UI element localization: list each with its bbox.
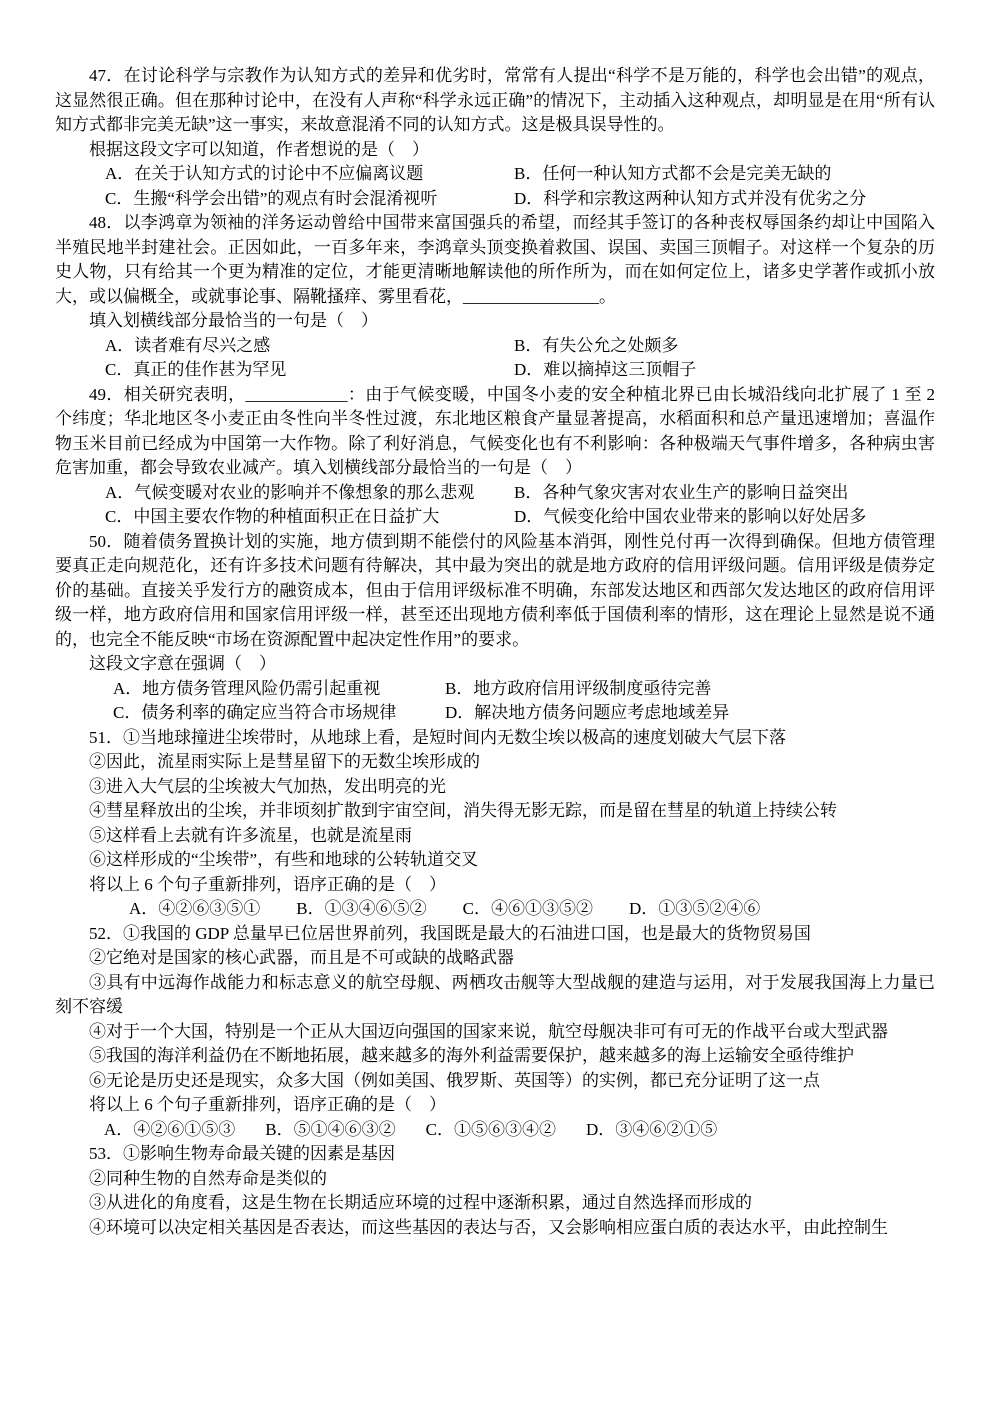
question-52-sentence-3: ③具有中远海作战能力和标志意义的航空母舰、两栖攻击舰等大型战舰的建造与运用，对于… — [55, 971, 935, 1020]
answer-option: D．③④⑥②①⑤ — [586, 1118, 717, 1143]
question-48-options-ab: A．读者难有尽兴之感B．有失公允之处颇多 — [55, 334, 935, 359]
question-52-stem: 将以上 6 个句子重新排列，语序正确的是（ ） — [55, 1093, 935, 1118]
answer-option: B．⑤①④⑥③② — [265, 1118, 395, 1143]
answer-option: B．①③④⑥⑤② — [296, 897, 426, 922]
question-51-sentence-5: ⑤这样看上去就有许多流星，也就是流星雨 — [55, 824, 935, 849]
answer-option: C．真正的佳作甚为罕见 — [105, 358, 514, 383]
question-48-stem: 填入划横线部分最恰当的一句是（ ） — [55, 309, 935, 334]
question-49-options-ab: A．气候变暖对农业的影响并不像想象的那么悲观B．各种气象灾害对农业生产的影响日益… — [55, 481, 935, 506]
exam-document-page: 47．在讨论科学与宗教作为认知方式的差异和优劣时，常常有人提出“科学不是万能的，… — [0, 0, 991, 1403]
answer-option: A．④②⑥①⑤③ — [104, 1118, 235, 1143]
question-52-sentence-6: ⑥无论是历史还是现实，众多大国（例如美国、俄罗斯、英国等）的实例，都已充分证明了… — [55, 1069, 935, 1094]
question-51-sentence-2: ②因此，流星雨实际上是彗星留下的无数尘埃形成的 — [55, 750, 935, 775]
question-50-text: 50．随着债务置换计划的实施，地方债到期不能偿付的风险基本消弭，刚性兑付再一次得… — [55, 530, 935, 653]
answer-option: B．有失公允之处颇多 — [514, 334, 678, 359]
answer-option: D．解决地方债务问题应考虑地域差异 — [445, 701, 729, 726]
question-47-text: 47．在讨论科学与宗教作为认知方式的差异和优劣时，常常有人提出“科学不是万能的，… — [55, 64, 935, 138]
question-48-text: 48．以李鸿章为领袖的洋务运动曾给中国带来富国强兵的希望，而经其手签订的各种丧权… — [55, 211, 935, 309]
answer-option: A．气候变暖对农业的影响并不像想象的那么悲观 — [105, 481, 514, 506]
question-51-options: A．④②⑥③⑤①B．①③④⑥⑤②C．④⑥①③⑤②D．①③⑤②④⑥ — [55, 897, 935, 922]
question-49-text: 49．相关研究表明，____________：由于气候变暖，中国冬小麦的安全种植… — [55, 383, 935, 481]
answer-option: C．①⑤⑥③④② — [426, 1118, 556, 1143]
answer-option: D．难以摘掉这三顶帽子 — [514, 358, 696, 383]
question-51-sentence-1: 51．①当地球撞进尘埃带时，从地球上看，是短时间内无数尘埃以极高的速度划破大气层… — [55, 726, 935, 751]
answer-option: A．④②⑥③⑤① — [129, 897, 260, 922]
question-53-sentence-2: ②同种生物的自然寿命是类似的 — [55, 1167, 935, 1192]
answer-option: D．①③⑤②④⑥ — [629, 897, 760, 922]
answer-option: C．④⑥①③⑤② — [463, 897, 593, 922]
question-47-stem: 根据这段文字可以知道，作者想说的是（ ） — [55, 138, 935, 163]
answer-option: B．任何一种认知方式都不会是完美无缺的 — [514, 162, 831, 187]
question-51-sentence-3: ③进入大气层的尘埃被大气加热，发出明亮的光 — [55, 775, 935, 800]
question-53-sentence-4: ④环境可以决定相关基因是否表达，而这些基因的表达与否，又会影响相应蛋白质的表达水… — [55, 1216, 935, 1241]
question-51-stem: 将以上 6 个句子重新排列，语序正确的是（ ） — [55, 873, 935, 898]
answer-option: D．科学和宗教这两种认知方式并没有优劣之分 — [514, 187, 866, 212]
question-53-sentence-1: 53．①影响生物寿命最关键的因素是基因 — [55, 1142, 935, 1167]
question-52-sentence-4: ④对于一个大国，特别是一个正从大国迈向强国的国家来说，航空母舰决非可有可无的作战… — [55, 1020, 935, 1045]
question-52-sentence-2: ②它绝对是国家的核心武器，而且是不可或缺的战略武器 — [55, 946, 935, 971]
question-49-options-cd: C．中国主要农作物的种植面积正在日益扩大D．气候变化给中国农业带来的影响以好处居… — [55, 505, 935, 530]
question-51-sentence-6: ⑥这样形成的“尘埃带”，有些和地球的公转轨道交叉 — [55, 848, 935, 873]
question-50-options-cd: C．债务利率的确定应当符合市场规律D．解决地方债务问题应考虑地域差异 — [55, 701, 935, 726]
question-47-options-cd: C．生搬“科学会出错”的观点有时会混淆视听D．科学和宗教这两种认知方式并没有优劣… — [55, 187, 935, 212]
answer-option: A．地方债务管理风险仍需引起重视 — [113, 677, 445, 702]
document-body: 47．在讨论科学与宗教作为认知方式的差异和优劣时，常常有人提出“科学不是万能的，… — [55, 64, 935, 1240]
question-52-sentence-1: 52．①我国的 GDP 总量早已位居世界前列，我国既是最大的石油进口国，也是最大… — [55, 922, 935, 947]
answer-option: B．地方政府信用评级制度亟待完善 — [445, 677, 711, 702]
question-47-options-ab: A．在关于认知方式的讨论中不应偏离议题B．任何一种认知方式都不会是完美无缺的 — [55, 162, 935, 187]
question-53-sentence-3: ③从进化的角度看，这是生物在长期适应环境的过程中逐渐积累，通过自然选择而形成的 — [55, 1191, 935, 1216]
answer-option: C．中国主要农作物的种植面积正在日益扩大 — [105, 505, 514, 530]
answer-option: C．债务利率的确定应当符合市场规律 — [113, 701, 445, 726]
question-50-options-ab: A．地方债务管理风险仍需引起重视B．地方政府信用评级制度亟待完善 — [55, 677, 935, 702]
answer-option: D．气候变化给中国农业带来的影响以好处居多 — [514, 505, 866, 530]
question-52-sentence-5: ⑤我国的海洋利益仍在不断地拓展，越来越多的海外利益需要保护，越来越多的海上运输安… — [55, 1044, 935, 1069]
answer-option: A．读者难有尽兴之感 — [105, 334, 514, 359]
question-50-stem: 这段文字意在强调（ ） — [55, 652, 935, 677]
question-52-options: A．④②⑥①⑤③B．⑤①④⑥③②C．①⑤⑥③④②D．③④⑥②①⑤ — [55, 1118, 935, 1143]
answer-option: C．生搬“科学会出错”的观点有时会混淆视听 — [105, 187, 514, 212]
answer-option: B．各种气象灾害对农业生产的影响日益突出 — [514, 481, 848, 506]
question-51-sentence-4: ④彗星释放出的尘埃，并非顷刻扩散到宇宙空间，消失得无影无踪，而是留在彗星的轨道上… — [55, 799, 935, 824]
answer-option: A．在关于认知方式的讨论中不应偏离议题 — [105, 162, 514, 187]
question-48-options-cd: C．真正的佳作甚为罕见D．难以摘掉这三顶帽子 — [55, 358, 935, 383]
